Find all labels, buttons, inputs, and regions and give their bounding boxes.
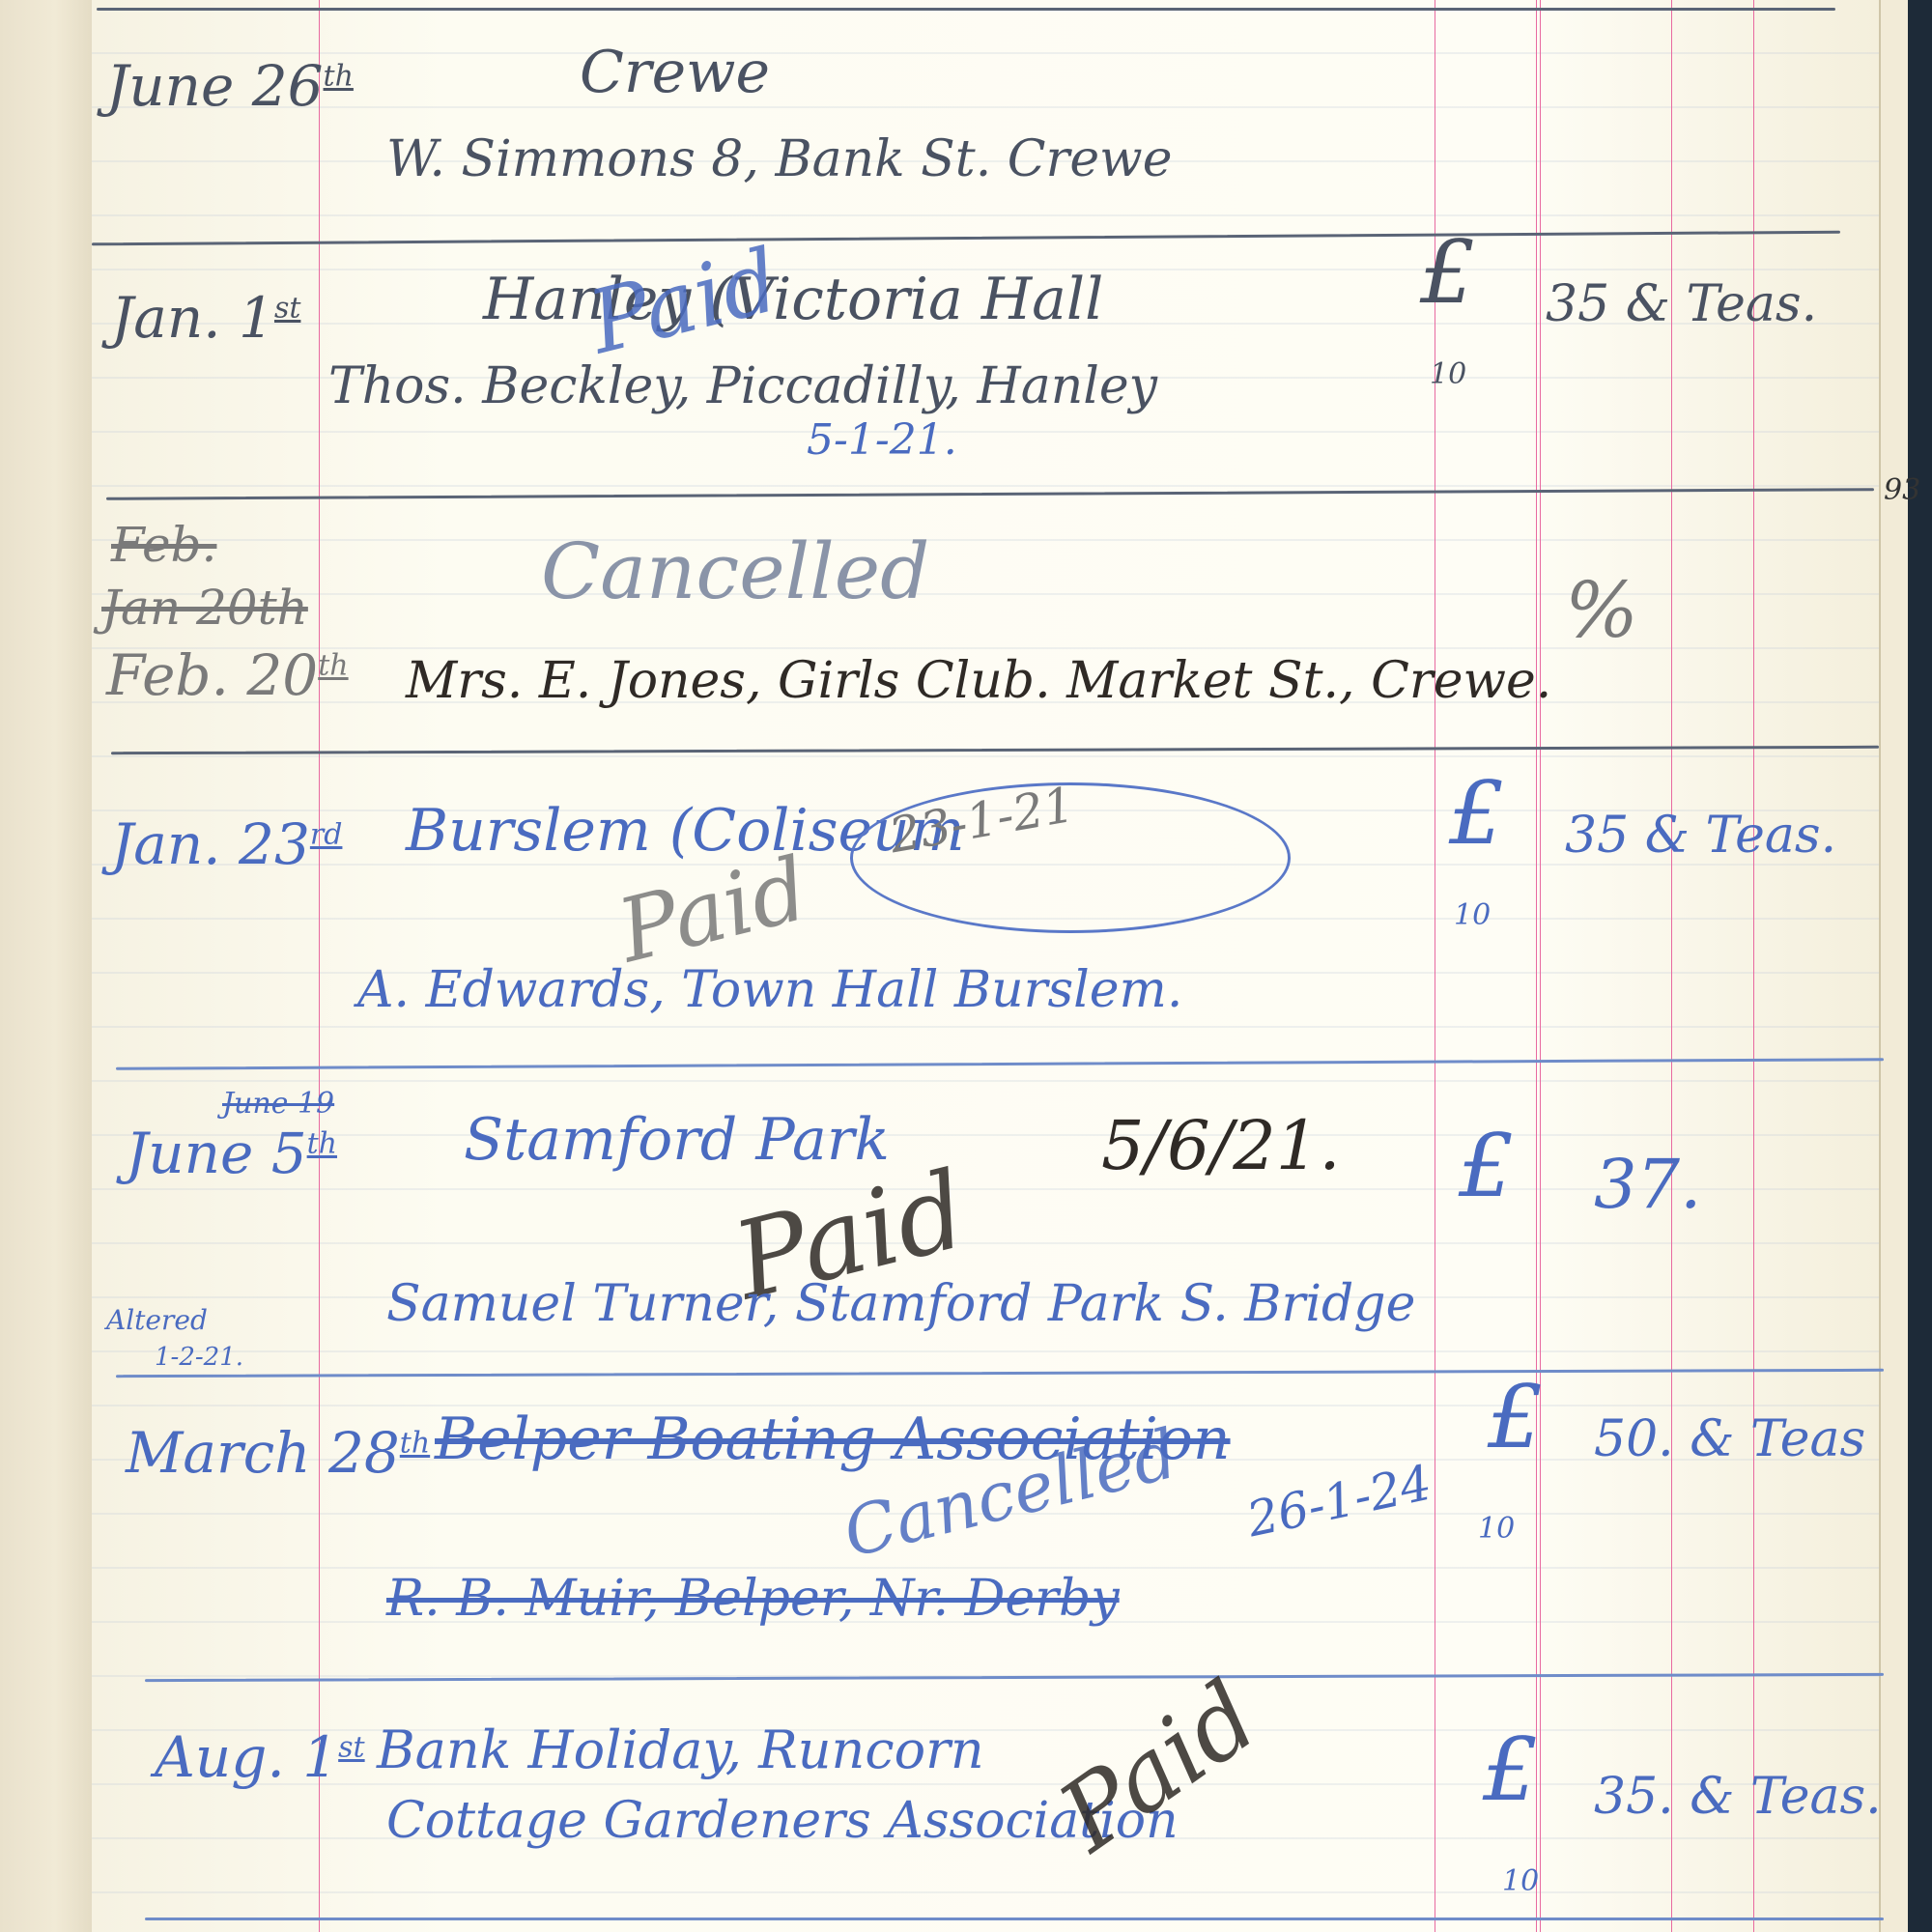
pound-sign: £ [1483, 1719, 1538, 1821]
book-gutter [0, 0, 94, 1932]
entry-contact: Mrs. E. Jones, Girls Club. Market St., C… [406, 652, 1551, 710]
fee-fraction: 10 [1454, 898, 1491, 932]
entry-date: Feb. 20th [106, 642, 349, 708]
struck-date: Feb. [111, 517, 216, 573]
paid-date: 5/6/21. [1101, 1106, 1341, 1185]
book-cover [1908, 0, 1932, 1932]
altered-note: Altered [106, 1304, 208, 1336]
entry-venue: Hanley (Victoria Hall [483, 266, 1103, 333]
altered-date: 1-2-21. [155, 1343, 243, 1372]
entry-date: June 26th [106, 53, 354, 119]
entry-separator [97, 8, 1835, 11]
column-rule-date [319, 0, 320, 1932]
entry-fee: 50. & Teas [1594, 1410, 1865, 1468]
entry-contact: W. Simmons 8, Bank St. Crewe [386, 130, 1172, 188]
pound-sign: £ [1449, 763, 1504, 865]
fee-fraction: 10 [1478, 1512, 1515, 1546]
entry-fee: 35 & Teas. [1565, 807, 1836, 865]
entry-contact: A. Edwards, Town Hall Burslem. [357, 961, 1182, 1019]
entry-separator [145, 1918, 1884, 1920]
entry-fee: 37. [1594, 1145, 1701, 1224]
entry-date: March 28th [126, 1420, 430, 1486]
pound-sign: £ [1459, 1116, 1514, 1217]
paid-date: 5-1-21. [807, 415, 957, 465]
entry-venue: Stamford Park [464, 1106, 890, 1174]
pound-sign: £ [1488, 1367, 1543, 1468]
fee-fraction: 10 [1430, 357, 1466, 391]
entry-date: Jan. 1st [111, 285, 300, 351]
entry-date: Aug. 1st [155, 1724, 365, 1790]
column-rule-fee-2 [1540, 0, 1541, 1932]
entry-venue: Bank Holiday, Runcorn [377, 1719, 984, 1780]
column-rule-fee-1 [1536, 0, 1537, 1932]
entry-contact: Samuel Turner, Stamford Park S. Bridge [386, 1275, 1415, 1333]
entry-venue: Crewe [580, 39, 770, 106]
entry-contact: Thos. Beckley, Piccadilly, Hanley [328, 357, 1157, 415]
pound-sign: £ [1420, 222, 1475, 324]
page-margin-mark: 93 [1884, 473, 1920, 507]
fee-fraction: 10 [1502, 1864, 1539, 1898]
entry-date: June 5th [126, 1121, 337, 1186]
page-edge [1879, 0, 1910, 1932]
entry-fee: 35. & Teas. [1594, 1768, 1882, 1826]
entry-contact: R. B. Muir, Belper, Nr. Derby [386, 1570, 1120, 1628]
struck-date: June 19 [222, 1087, 334, 1121]
entry-date: Jan. 23rd [111, 811, 342, 877]
entry-fee: 35 & Teas. [1546, 275, 1817, 333]
cancelled-annotation: Cancelled [541, 526, 929, 616]
entry-fee: % [1565, 565, 1638, 655]
struck-date: Jan 20th [101, 580, 308, 636]
